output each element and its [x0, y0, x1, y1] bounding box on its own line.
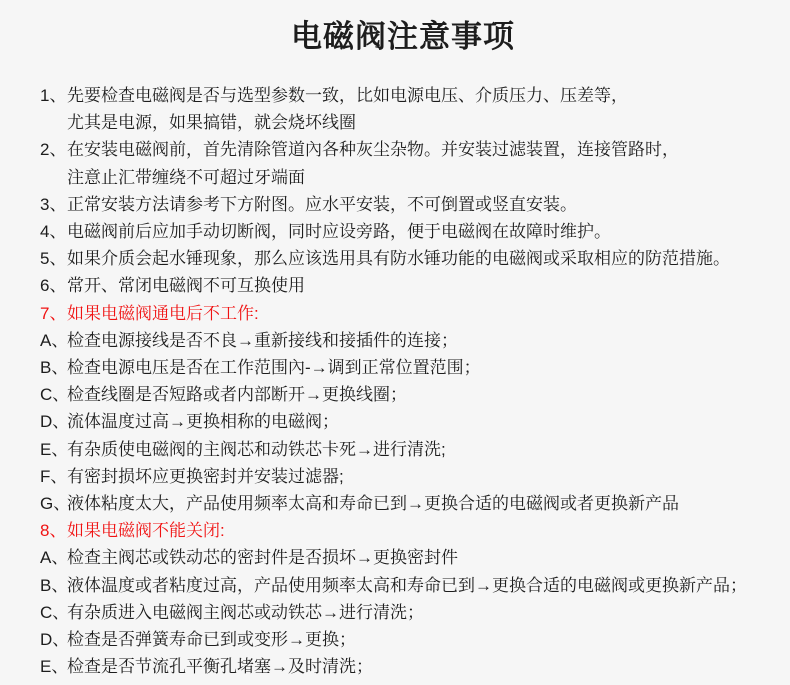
list-item-section-heading: 7、如果电磁阀通电后不工作: — [40, 300, 766, 327]
item-marker: D、 — [40, 626, 67, 653]
item-text: 有杂质使电磁阀的主阀芯和动铁芯卡死→进行清洗; — [67, 436, 766, 463]
list-item: E、检查是否节流孔平衡孔堵塞→及时清洗； — [40, 653, 766, 680]
list-item: A、检查主阀芯或铁动芯的密封件是否损坏→更换密封件 — [40, 544, 766, 571]
list-item: C、有杂质进入电磁阀主阀芯或动铁芯→进行清洗； — [40, 599, 766, 626]
list-item: 3、正常安装方法请参考下方附图。应水平安装，不可倒置或竖直安装。 — [40, 191, 766, 218]
item-text: 液体粘度太大，产品使用频率太高和寿命已到→更换合适的电磁阀或者更换新产品 — [67, 490, 766, 517]
item-text: 有密封损坏应更换密封并安装过滤器; — [67, 463, 766, 490]
list-item: D、检查是否弹簧寿命已到或变形→更换； — [40, 626, 766, 653]
item-text: 先要检查电磁阀是否与选型参数一致，比如电源电压、介质压力、压差等，尤其是电源，如… — [67, 82, 766, 136]
document-page: 电磁阀注意事项 1、先要检查电磁阀是否与选型参数一致，比如电源电压、介质压力、压… — [0, 0, 790, 685]
item-marker: B、 — [40, 572, 67, 599]
item-text: 液体温度或者粘度过高，产品使用频率太高和寿命已到→更换合适的电磁阀或更换新产品； — [67, 572, 766, 599]
list-item: C、检查线圈是否短路或者内部断开→更换线圈； — [40, 381, 766, 408]
item-text: 有杂质进入电磁阀主阀芯或动铁芯→进行清洗； — [67, 599, 766, 626]
list-item: 6、常开、常闭电磁阀不可互换使用 — [40, 272, 766, 299]
list-item: G、液体粘度太大，产品使用频率太高和寿命已到→更换合适的电磁阀或者更换新产品 — [40, 490, 766, 517]
list-item: 5、如果介质会起水锤现象，那么应该选用具有防水锤功能的电磁阀或采取相应的防范措施… — [40, 245, 766, 272]
item-text: 正常安装方法请参考下方附图。应水平安装，不可倒置或竖直安装。 — [67, 191, 766, 218]
list-item: A、检查电源接线是否不良→重新接线和接插件的连接； — [40, 327, 766, 354]
item-text: 检查主阀芯或铁动芯的密封件是否损坏→更换密封件 — [67, 544, 766, 571]
item-text: 检查电源接线是否不良→重新接线和接插件的连接； — [67, 327, 766, 354]
item-marker: 8、 — [40, 517, 67, 544]
item-marker: G、 — [40, 490, 67, 517]
list-item-section-heading: 8、如果电磁阀不能关闭: — [40, 517, 766, 544]
item-marker: D、 — [40, 408, 67, 435]
item-text: 常开、常闭电磁阀不可互换使用 — [67, 272, 766, 299]
list-item: B、液体温度或者粘度过高，产品使用频率太高和寿命已到→更换合适的电磁阀或更换新产… — [40, 572, 766, 599]
item-text: 检查是否节流孔平衡孔堵塞→及时清洗； — [67, 653, 766, 680]
item-text: 流体温度过高→更换相称的电磁阀； — [67, 408, 766, 435]
item-marker: E、 — [40, 653, 67, 680]
item-text: 如果介质会起水锤现象，那么应该选用具有防水锤功能的电磁阀或采取相应的防范措施。 — [67, 245, 766, 272]
item-marker: C、 — [40, 599, 67, 626]
item-marker: 2、 — [40, 136, 67, 163]
list-item: 4、电磁阀前后应加手动切断阀，同时应设旁路，便于电磁阀在故障时维护。 — [40, 218, 766, 245]
item-marker: 3、 — [40, 191, 67, 218]
list-item: 1、先要检查电磁阀是否与选型参数一致，比如电源电压、介质压力、压差等，尤其是电源… — [40, 82, 766, 136]
item-text: 电磁阀前后应加手动切断阀，同时应设旁路，便于电磁阀在故障时维护。 — [67, 218, 766, 245]
item-marker: 4、 — [40, 218, 67, 245]
list-item: D、流体温度过高→更换相称的电磁阀； — [40, 408, 766, 435]
item-text: 在安装电磁阀前，首先清除管道內各种灰尘杂物。并安装过滤装置，连接管路时，注意止汇… — [67, 136, 766, 190]
list-item: 2、在安装电磁阀前，首先清除管道內各种灰尘杂物。并安装过滤装置，连接管路时，注意… — [40, 136, 766, 190]
item-text: 检查电源电压是否在工作范围內-→调到正常位置范围； — [67, 354, 766, 381]
item-marker: 1、 — [40, 82, 67, 109]
item-text: 如果电磁阀通电后不工作: — [67, 300, 766, 327]
item-text: 检查是否弹簧寿命已到或变形→更换； — [67, 626, 766, 653]
item-marker: 7、 — [40, 300, 67, 327]
list-item: F、有密封损坏应更换密封并安装过滤器; — [40, 463, 766, 490]
list-item: E、有杂质使电磁阀的主阀芯和动铁芯卡死→进行清洗; — [40, 436, 766, 463]
item-marker: A、 — [40, 544, 67, 571]
page-title: 电磁阀注意事项 — [40, 18, 766, 56]
item-marker: E、 — [40, 436, 67, 463]
item-text: 如果电磁阀不能关闭: — [67, 517, 766, 544]
item-marker: B、 — [40, 354, 67, 381]
item-marker: F、 — [40, 463, 67, 490]
list-item: B、检查电源电压是否在工作范围內-→调到正常位置范围； — [40, 354, 766, 381]
item-text: 检查线圈是否短路或者内部断开→更换线圈； — [67, 381, 766, 408]
item-marker: C、 — [40, 381, 67, 408]
notes-list: 1、先要检查电磁阀是否与选型参数一致，比如电源电压、介质压力、压差等，尤其是电源… — [40, 82, 766, 680]
item-marker: 6、 — [40, 272, 67, 299]
item-marker: 5、 — [40, 245, 67, 272]
item-marker: A、 — [40, 327, 67, 354]
